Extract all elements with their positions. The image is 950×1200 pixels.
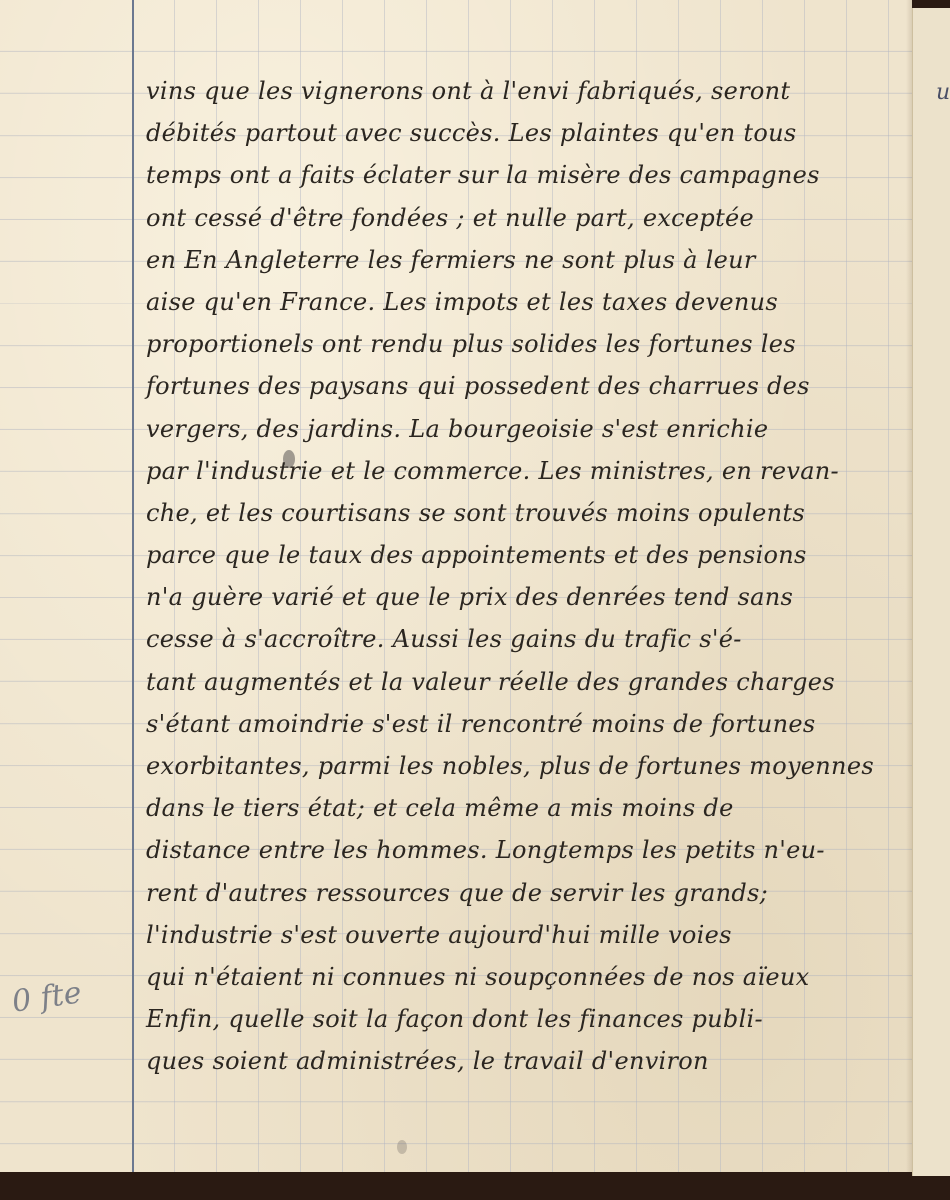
text-line: dans le tiers état; et cela même a mis m… [146,787,906,829]
text-line: ques soient administrées, le travail d'e… [146,1040,906,1082]
text-line: temps ont a faits éclater sur la misère … [146,154,906,196]
text-line: distance entre les hommes. Longtemps les… [146,829,906,871]
text-line: n'a guère varié et que le prix des denré… [146,576,906,618]
notebook-page: 0 fte vins que les vignerons ont à l'env… [0,0,912,1172]
text-line: ont cessé d'être fondées ; et nulle part… [146,197,906,239]
handwritten-text: vins que les vignerons ont à l'envi fabr… [146,70,906,1083]
adjacent-page-text: u [936,80,950,105]
text-line: cesse à s'accroître. Aussi les gains du … [146,618,906,660]
text-line: rent d'autres ressources que de servir l… [146,872,906,914]
text-line: s'étant amoindrie s'est il rencontré moi… [146,703,906,745]
text-line: tant augmentés et la valeur réelle des g… [146,661,906,703]
adjacent-page-edge [912,8,950,1176]
text-line: Enfin, quelle soit la façon dont les fin… [146,998,906,1040]
ink-stain [397,1140,407,1154]
text-line: par l'industrie et le commerce. Les mini… [146,450,906,492]
text-line: aise qu'en France. Les impots et les tax… [146,281,906,323]
text-line: débités partout avec succès. Les plainte… [146,112,906,154]
text-line: fortunes des paysans qui possedent des c… [146,365,906,407]
text-line: che, et les courtisans se sont trouvés m… [146,492,906,534]
text-line: vins que les vignerons ont à l'envi fabr… [146,70,906,112]
text-line: en En Angleterre les fermiers ne sont pl… [146,239,906,281]
text-line: parce que le taux des appointements et d… [146,534,906,576]
text-line: proportionels ont rendu plus solides les… [146,323,906,365]
text-line: qui n'étaient ni connues ni soupçonnées … [146,956,906,998]
text-line: l'industrie s'est ouverte aujourd'hui mi… [146,914,906,956]
margin-line [132,0,134,1172]
text-line: exorbitantes, parmi les nobles, plus de … [146,745,906,787]
text-line: vergers, des jardins. La bourgeoisie s'e… [146,408,906,450]
